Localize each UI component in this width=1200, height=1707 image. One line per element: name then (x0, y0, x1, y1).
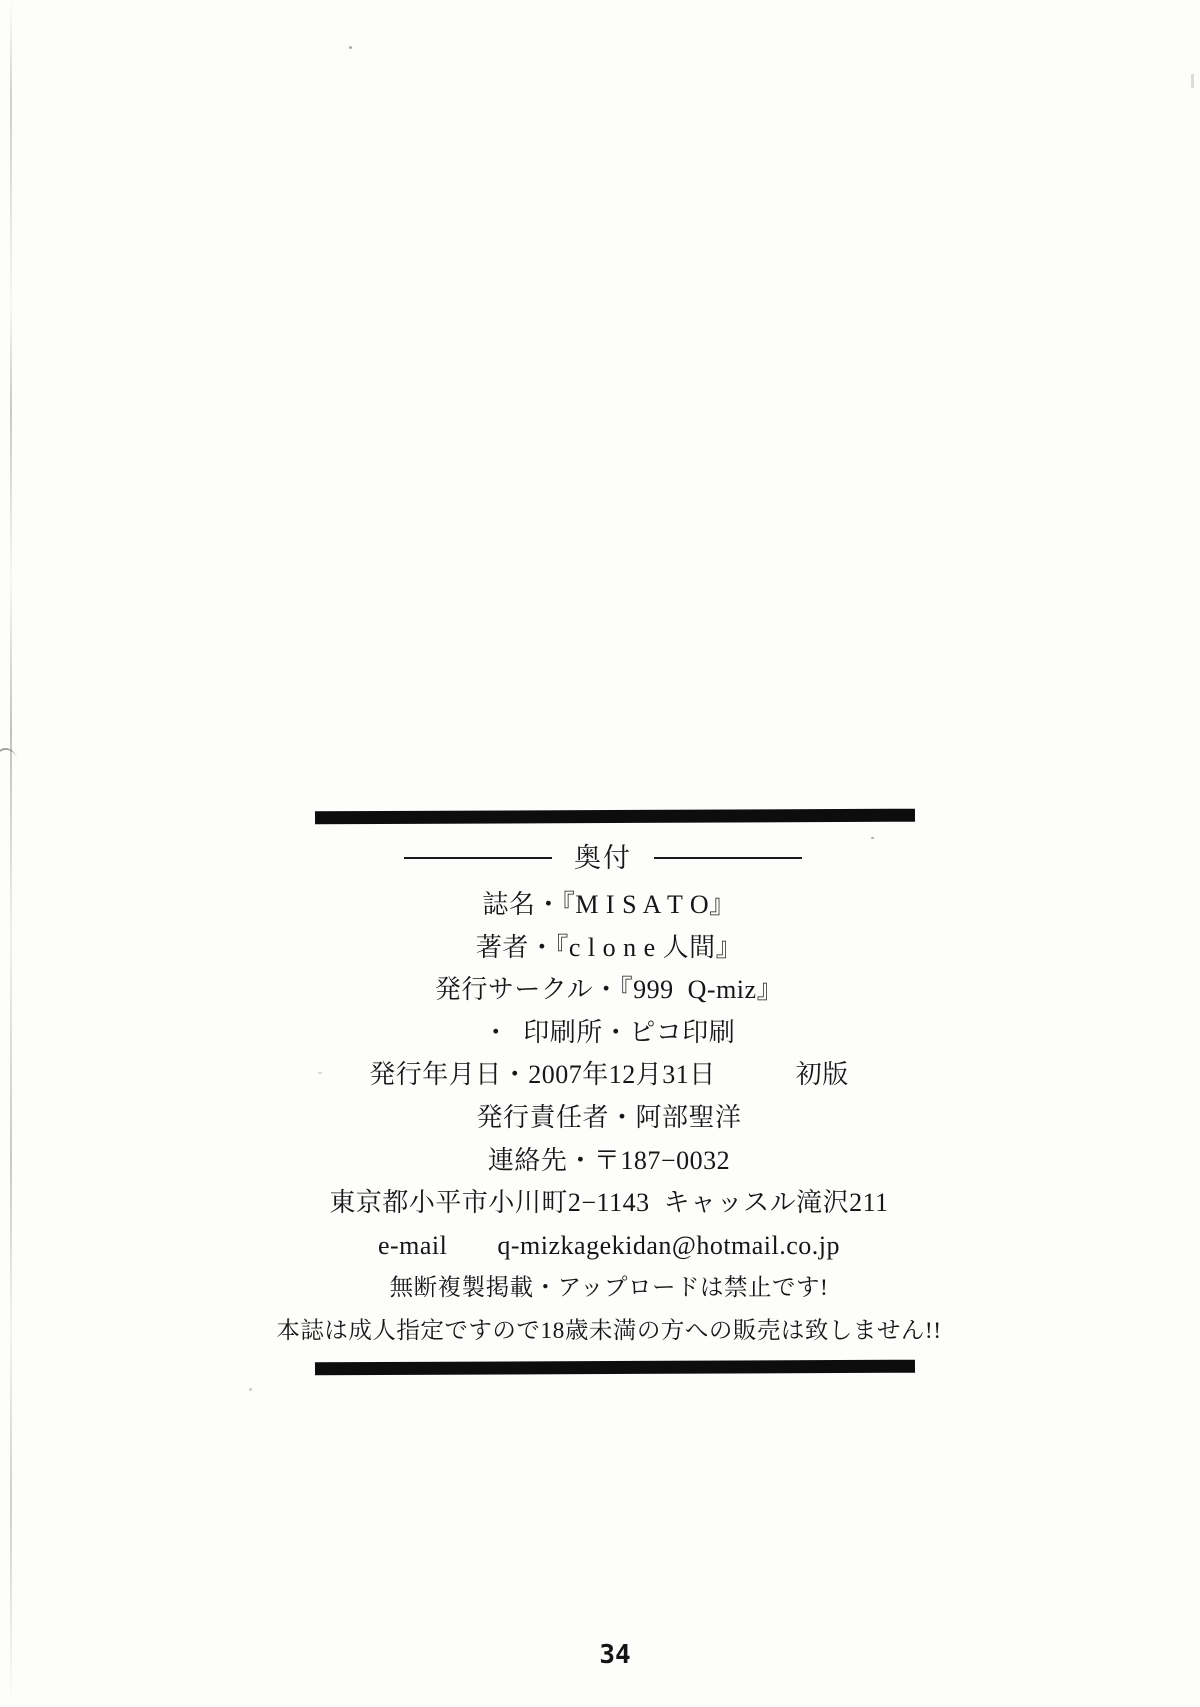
colophon-heading-row: 奥付 (0, 840, 1200, 876)
scan-artifact-squiggle (0, 746, 17, 764)
colophon-row-text: ・ 印刷所・ピコ印刷 (483, 1018, 736, 1047)
colophon-row-text: 連絡先・〒187−0032 (488, 1146, 730, 1175)
colophon-row-text: 著者・『c l o n e 人間』 (476, 933, 742, 962)
colophon-row-right-text: q-mizkagekidan@hotmail.co.jp (497, 1225, 840, 1268)
colophon-row: e-mailq-mizkagekidan@hotmail.co.jp (0, 1225, 1200, 1268)
scan-artifact-speck (249, 1388, 252, 1391)
colophon-row: ・ 印刷所・ピコ印刷 (0, 1012, 1200, 1055)
bottom-rule-bar (315, 1360, 915, 1376)
colophon-row-text: 誌名・『M I S A T O』 (482, 890, 735, 919)
colophon-row: 東京都小平市小川町2−1143 キャッスル滝沢211 (0, 1182, 1200, 1225)
page-number: 34 (597, 1640, 633, 1670)
heading-rule-right (654, 857, 802, 859)
colophon-rows: 誌名・『M I S A T O』著者・『c l o n e 人間』発行サークル・… (0, 884, 1200, 1353)
colophon-row: 著者・『c l o n e 人間』 (0, 927, 1200, 970)
colophon-row: 発行サークル・『999 Q-miz』 (0, 969, 1200, 1012)
colophon-row-right-text: 初版 (796, 1054, 849, 1097)
colophon-heading: 奥付 (574, 845, 632, 872)
colophon-row-text: e-mail (378, 1231, 447, 1260)
scan-artifact-speck (871, 837, 874, 839)
colophon-row-text: 無断複製掲載・アップロードは禁止です! (390, 1275, 829, 1301)
colophon-row: 連絡先・〒187−0032 (0, 1140, 1200, 1183)
top-rule-bar (315, 809, 915, 825)
colophon-row: 本誌は成人指定ですので18歳未満の方への販売は致しません!! (0, 1310, 1200, 1353)
colophon-row: 発行責任者・阿部聖洋 (0, 1097, 1200, 1140)
scan-artifact-speck (1191, 74, 1194, 88)
colophon-row: 誌名・『M I S A T O』 (0, 884, 1200, 927)
colophon-row-text: 発行責任者・阿部聖洋 (476, 1103, 741, 1132)
colophon-row: 発行年月日・2007年12月31日初版 (0, 1054, 1200, 1097)
colophon-row-text: 本誌は成人指定ですので18歳未満の方への販売は致しません!! (276, 1318, 941, 1344)
colophon-row-text: 東京都小平市小川町2−1143 キャッスル滝沢211 (329, 1188, 888, 1217)
scanned-colophon-page: 奥付 誌名・『M I S A T O』著者・『c l o n e 人間』発行サー… (0, 0, 1200, 1707)
colophon-row-text: 発行サークル・『999 Q-miz』 (435, 975, 783, 1004)
colophon-row: 無断複製掲載・アップロードは禁止です! (0, 1267, 1200, 1310)
scan-artifact-speck (349, 46, 352, 49)
colophon-row-text: 発行年月日・2007年12月31日 (369, 1060, 716, 1089)
heading-rule-left (404, 857, 552, 859)
